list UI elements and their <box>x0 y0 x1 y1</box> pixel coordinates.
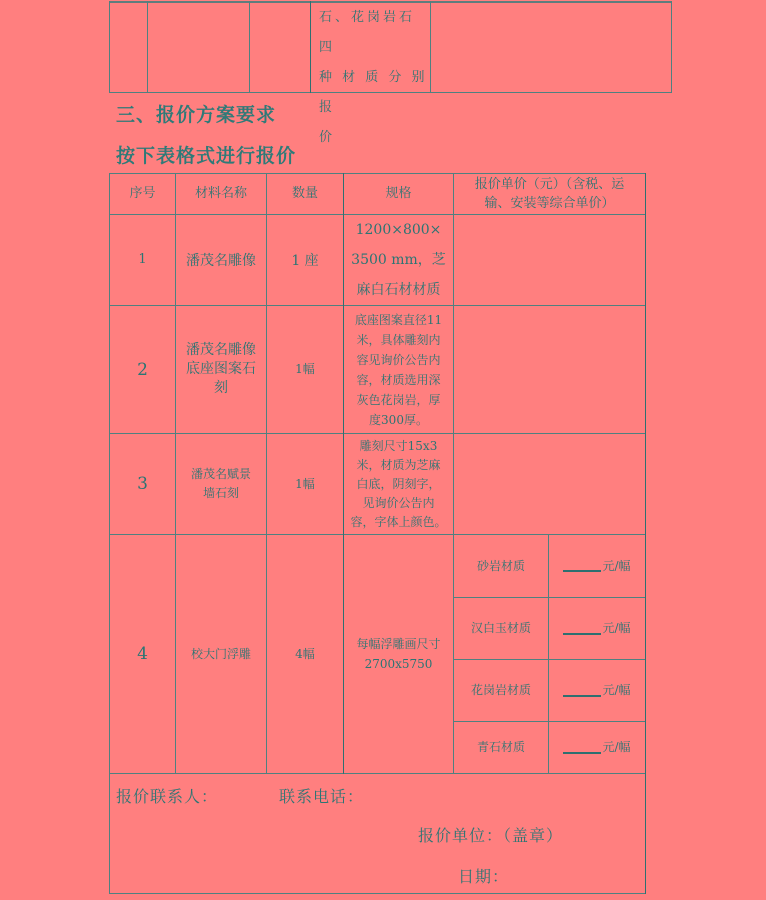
spec-line: 石、花岗岩石四 <box>319 3 430 63</box>
material-price-granite[interactable]: 元/幅 <box>549 660 645 721</box>
price-unit: 元/幅 <box>602 557 630 576</box>
header-index: 序号 <box>110 174 175 214</box>
material-name-bluestone: 青石材质 <box>454 722 548 773</box>
row-material-name: 潘茂名雕像 底座图案石 刻 <box>176 306 266 433</box>
spec-line: 种 材 质 分 别 报 <box>319 63 430 123</box>
table-border <box>147 1 148 93</box>
table-border <box>671 1 672 93</box>
row-quantity: 4幅 <box>267 535 343 773</box>
material-price-white-marble[interactable]: 元/幅 <box>549 598 645 659</box>
price-unit: 元/幅 <box>602 681 630 700</box>
row-quantity: 1幅 <box>267 434 343 534</box>
row-quantity: 1幅 <box>267 306 343 433</box>
row-spec: 雕刻尺寸15x3 米，材质为芝麻 白底，阴刻字， 见询价公告内 容，字体上颜色。 <box>344 434 453 534</box>
contact-person-label: 报价联系人： <box>116 784 218 807</box>
table-border <box>249 1 250 93</box>
spec-line: 麻白石材材质 <box>357 275 441 305</box>
table-border <box>109 1 110 93</box>
spec-line: 每幅浮雕画尺寸 <box>356 634 440 654</box>
header-unit-price: 报价单价（元）（含税、运 输、安装等综合单价） <box>454 174 645 214</box>
price-unit: 元/幅 <box>602 738 630 757</box>
date-label: 日期： <box>458 864 509 887</box>
spec-fragment: 石、花岗岩石四 种 材 质 分 别 报 价 <box>311 3 430 153</box>
spec-line: 容，字体上颜色。 <box>350 513 446 532</box>
contact-phone-label: 联系电话： <box>279 784 364 807</box>
header-material-name: 材料名称 <box>176 174 266 214</box>
spec-line: 米，材质为芝麻 <box>356 456 440 475</box>
table-border <box>430 1 431 93</box>
header-unit-price-line: 输、安装等综合单价） <box>484 194 614 213</box>
material-price-sandstone[interactable]: 元/幅 <box>549 535 645 597</box>
name-line: 潘茂名雕像 <box>186 341 256 360</box>
spec-line: 见询价公告内 <box>362 494 434 513</box>
spec-line: 容，材质选用深 <box>356 370 440 390</box>
spec-line: 3500 mm，芝 <box>351 245 446 275</box>
spec-line: 米，具体雕刻内 <box>356 330 440 350</box>
row-spec: 底座图案直径11 米，具体雕刻内 容见询价公告内 容，材质选用深 灰色花岗岩，厚… <box>344 306 453 433</box>
name-line: 底座图案石 <box>186 360 256 379</box>
material-name-granite: 花岗岩材质 <box>454 660 548 721</box>
spec-line: 价 <box>319 123 430 153</box>
row-material-name: 潘茂名雕像 <box>176 215 266 305</box>
material-name-white-marble: 汉白玉材质 <box>454 598 548 659</box>
spec-line: 白底，阴刻字， <box>356 475 440 494</box>
header-spec: 规格 <box>344 174 453 214</box>
row-material-name: 潘茂名赋景 墙石刻 <box>176 434 266 534</box>
spec-line: 2700x5750 <box>365 654 433 674</box>
name-line: 刻 <box>214 379 228 398</box>
price-blank-line[interactable] <box>563 623 601 635</box>
row-quantity: 1 座 <box>267 215 343 305</box>
price-unit: 元/幅 <box>602 619 630 638</box>
table-border <box>109 773 646 774</box>
spec-line: 容见询价公告内 <box>356 350 440 370</box>
header-quantity: 数量 <box>267 174 343 214</box>
row-unit-price-input[interactable] <box>454 434 645 534</box>
row-material-name: 校大门浮雕 <box>176 535 266 773</box>
row-index: 3 <box>110 434 175 534</box>
row-unit-price-input[interactable] <box>454 215 645 305</box>
quoting-company-label: 报价单位：（盖章） <box>418 823 563 846</box>
material-price-bluestone[interactable]: 元/幅 <box>549 722 645 773</box>
row-unit-price-input[interactable] <box>454 306 645 433</box>
material-name-sandstone: 砂岩材质 <box>454 535 548 597</box>
spec-line: 1200×800× <box>356 215 442 245</box>
spec-line: 雕刻尺寸15x3 <box>360 437 438 456</box>
row-spec: 1200×800× 3500 mm，芝 麻白石材材质 <box>344 215 453 305</box>
table-border <box>645 173 646 894</box>
table-border <box>109 893 646 894</box>
price-blank-line[interactable] <box>563 685 601 697</box>
row-index: 2 <box>110 306 175 433</box>
name-line: 墙石刻 <box>203 484 239 503</box>
section-title: 三、报价方案要求 <box>116 100 276 127</box>
spec-line: 灰色花岗岩，厚 <box>356 390 440 410</box>
spec-line: 度300厚。 <box>369 410 428 430</box>
header-unit-price-line: 报价单价（元）（含税、运 <box>475 175 625 194</box>
price-blank-line[interactable] <box>563 742 601 754</box>
row-spec: 每幅浮雕画尺寸 2700x5750 <box>344 535 453 773</box>
price-blank-line[interactable] <box>563 560 601 572</box>
row-index: 1 <box>110 215 175 305</box>
spec-line: 底座图案直径11 <box>355 310 442 330</box>
name-line: 潘茂名赋景 <box>191 465 251 484</box>
section-subtitle: 按下表格式进行报价 <box>116 141 296 168</box>
row-index: 4 <box>110 535 175 773</box>
